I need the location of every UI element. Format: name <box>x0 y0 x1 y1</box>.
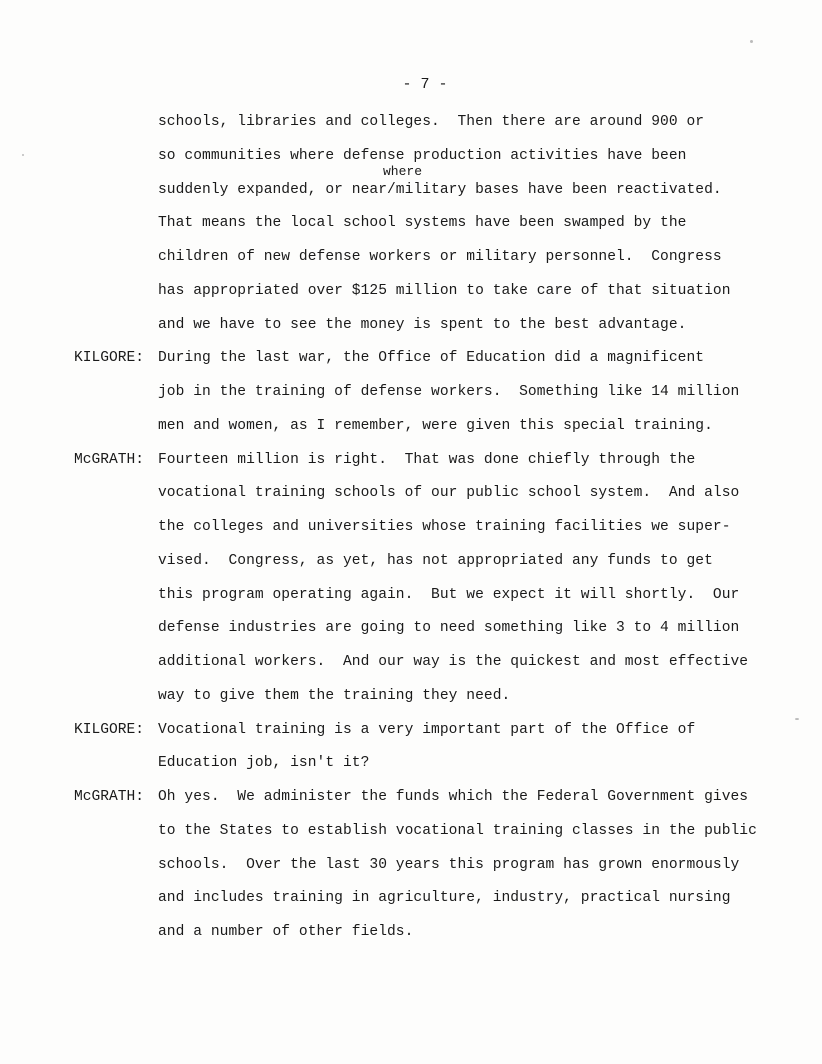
speaker-label: KILGORE: <box>74 348 144 368</box>
text-line: children of new defense workers or milit… <box>158 247 722 267</box>
text-line: Education job, isn't it? <box>158 753 369 773</box>
text-line: men and women, as I remember, were given… <box>158 416 713 436</box>
text-line: and we have to see the money is spent to… <box>158 315 686 335</box>
text-line: job in the training of defense workers. … <box>158 382 739 402</box>
text-line: so communities where defense production … <box>158 146 686 166</box>
text-line: and includes training in agriculture, in… <box>158 888 731 908</box>
text-line: schools, libraries and colleges. Then th… <box>158 112 704 132</box>
text-line: Vocational training is a very important … <box>158 720 695 740</box>
text-line: suddenly expanded, or near/military base… <box>158 180 722 200</box>
text-line: defense industries are going to need som… <box>158 618 739 638</box>
paper-speck <box>750 40 753 43</box>
text-line: and a number of other fields. <box>158 922 413 942</box>
text-line: way to give them the training they need. <box>158 686 510 706</box>
text-line: to the States to establish vocational tr… <box>158 821 757 841</box>
text-line: During the last war, the Office of Educa… <box>158 348 704 368</box>
text-line: schools. Over the last 30 years this pro… <box>158 855 739 875</box>
speaker-label: McGRATH: <box>74 787 144 807</box>
speaker-label: McGRATH: <box>74 450 144 470</box>
text-line: That means the local school systems have… <box>158 213 686 233</box>
page-number: - 7 - <box>0 76 822 93</box>
handwritten-insertion: where <box>383 165 422 179</box>
text-line: additional workers. And our way is the q… <box>158 652 748 672</box>
text-line: vised. Congress, as yet, has not appropr… <box>158 551 713 571</box>
text-line: the colleges and universities whose trai… <box>158 517 731 537</box>
paper-speck <box>795 718 799 720</box>
text-line: vocational training schools of our publi… <box>158 483 739 503</box>
text-line: Fourteen million is right. That was done… <box>158 450 695 470</box>
text-line: Oh yes. We administer the funds which th… <box>158 787 748 807</box>
text-line: has appropriated over $125 million to ta… <box>158 281 731 301</box>
text-line: this program operating again. But we exp… <box>158 585 739 605</box>
paper-speck <box>22 154 24 156</box>
speaker-label: KILGORE: <box>74 720 144 740</box>
